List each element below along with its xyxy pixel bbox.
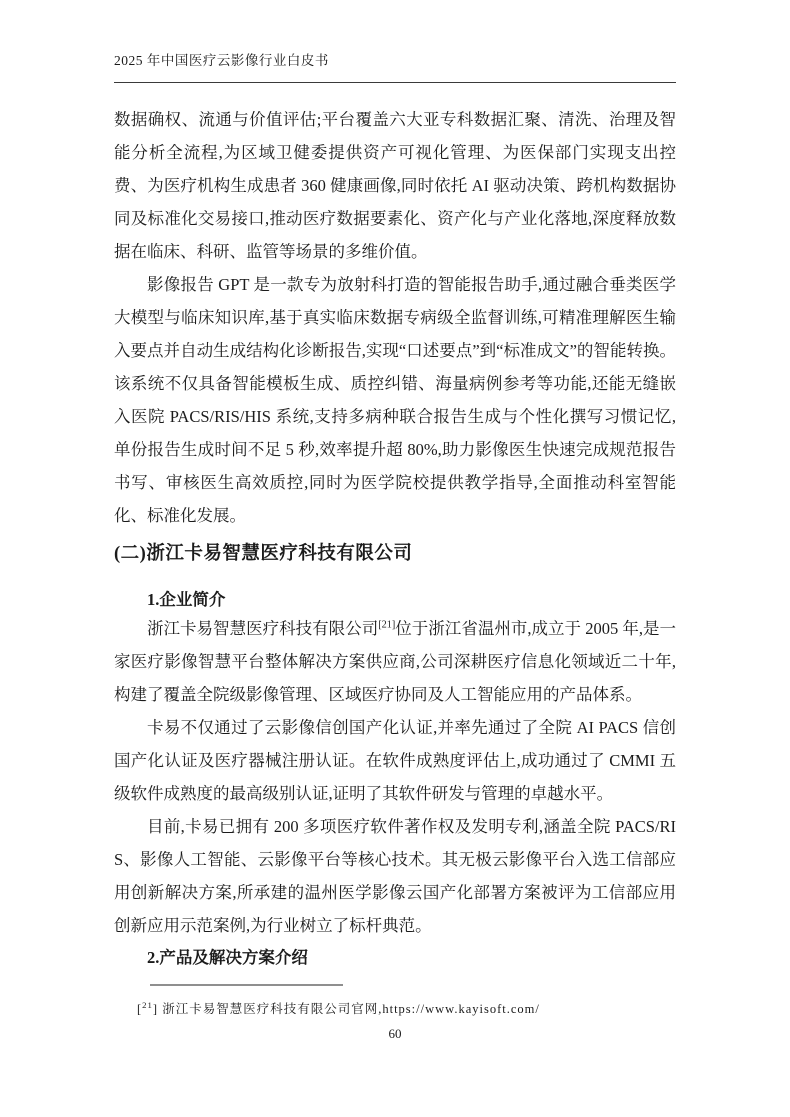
footnote-text: 浙江卡易智慧医疗科技有限公司官网,https://www.kayisoft.co… [162,1002,540,1016]
paragraph-imaging-report-gpt: 影像报告 GPT 是一款专为放射科打造的智能报告助手,通过融合垂类医学大模型与临… [114,268,676,532]
document-page: 2025 年中国医疗云影像行业白皮书 数据确权、流通与价值评估;平台覆盖六大亚专… [0,0,790,1117]
footnote-separator-rule [150,984,343,986]
document-title: 2025 年中国医疗云影像行业白皮书 [114,53,329,68]
paragraph-company-intro: 浙江卡易智慧医疗科技有限公司[21]位于浙江省温州市,成立于 2005 年,是一… [114,612,676,711]
section-heading-kayisoft: (二)浙江卡易智慧医疗科技有限公司 [114,538,676,570]
paragraph-certifications: 卡易不仅通过了云影像信创国产化认证,并率先通过了全院 AI PACS 信创国产化… [114,711,676,810]
paragraph-patents: 目前,卡易已拥有 200 多项医疗软件著作权及发明专利,涵盖全院 PACS/RI… [114,810,676,942]
page-header: 2025 年中国医疗云影像行业白皮书 [114,52,676,83]
company-intro-text-before: 浙江卡易智慧医疗科技有限公司 [147,619,378,638]
footnote-reference-21: [21] [378,620,395,631]
footnote: [21] 浙江卡易智慧医疗科技有限公司官网,https://www.kayiso… [137,1000,677,1018]
paragraph-data-platform: 数据确权、流通与价值评估;平台覆盖六大亚专科数据汇聚、清洗、治理及智能分析全流程… [114,103,676,268]
sub-heading-company-profile: 1.企业简介 [114,588,676,612]
footnote-marker-close: ] [153,1002,162,1016]
page-number: 60 [0,1026,790,1042]
page-body: 数据确权、流通与价值评估;平台覆盖六大亚专科数据汇聚、清洗、治理及智能分析全流程… [114,103,676,971]
footnote-marker-number: 21 [142,1000,153,1010]
sub-heading-products-solutions: 2.产品及解决方案介绍 [114,945,676,971]
